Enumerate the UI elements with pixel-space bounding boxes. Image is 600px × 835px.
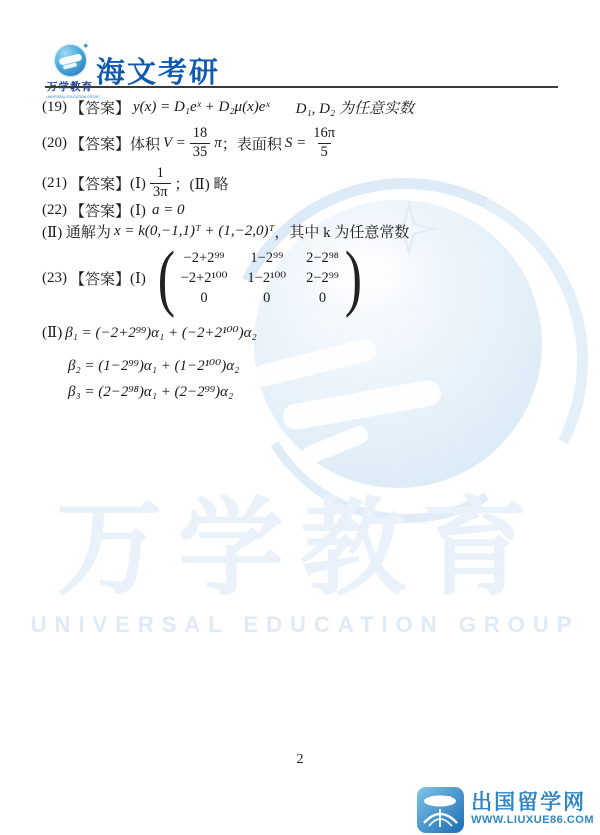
item-number: (20) <box>42 135 67 152</box>
company-logo: ✦ 万学教育 UNIVERSAL EDUCATION GROUP <box>42 44 98 99</box>
answer-line-19: (19) 【答案】 y(x) = D₁eˣ + D₂μ(x)eˣ D₁, D₂ … <box>42 97 414 118</box>
formula-beta1: β₁ = (−2+2⁹⁹)α₁ + (−2+2¹⁰⁰)α₂ <box>65 323 257 342</box>
answer-line-20: (20) 【答案】 体积 V = 18 35 π ； 表面积 S = 16π 5 <box>42 124 342 162</box>
answer-tag: 【答案】 <box>70 173 130 194</box>
fraction: 16π 5 <box>310 126 338 159</box>
formula-lhs: S = <box>285 135 306 152</box>
label-surface-area: 表面积 <box>237 133 282 154</box>
brand-title: 海文考研 <box>96 50 220 91</box>
fraction-numerator: 18 <box>190 126 211 142</box>
watermark-caption: UNIVERSAL EDUCATION GROUP <box>31 612 580 638</box>
item-number: (23) <box>42 270 67 287</box>
fraction: 1 3π <box>150 166 171 199</box>
matrix-cell: −2+2⁹⁹ <box>181 250 228 267</box>
fraction-denominator: 3π <box>150 183 171 200</box>
watermark-text: 万学教育 <box>56 496 544 602</box>
site-logo-icon <box>417 787 464 835</box>
fraction-numerator: 1 <box>154 166 167 182</box>
part-label: (Ⅰ) <box>130 201 146 220</box>
item-number: (22) <box>42 202 67 219</box>
site-badge: 出国留学网 WWW.LIUXUE86.COM <box>417 787 594 835</box>
matrix: ( −2+2⁹⁹ 1−2⁹⁹ 2−2⁹⁸ −2+2¹⁰⁰ 1−2¹⁰⁰ 2−2⁹… <box>154 247 366 310</box>
formula-pi: π <box>214 135 222 152</box>
matrix-open-paren: ( <box>158 247 175 310</box>
logo-company-caption: UNIVERSAL EDUCATION GROUP <box>46 94 94 98</box>
globe-icon: ✦ <box>54 44 87 77</box>
document-page: 万学教育 UNIVERSAL EDUCATION GROUP ✦ 万学教育 UN… <box>0 0 600 835</box>
answer-tag: 【答案】 <box>70 268 130 289</box>
answer-tag: 【答案】 <box>70 97 130 118</box>
star-icon: ✦ <box>82 42 90 51</box>
answer-line-21: (21) 【答案】 (Ⅰ) 1 3π ；(Ⅱ) 略 <box>42 164 228 202</box>
fraction: 18 35 <box>190 126 211 159</box>
answer-tag: 【答案】 <box>70 133 130 154</box>
formula-beta2: β₂ = (1−2⁹⁹)α₁ + (1−2¹⁰⁰)α₂ <box>68 356 239 375</box>
formula: y(x) = D₁eˣ + D₂μ(x)eˣ <box>133 99 270 116</box>
answer-line-22: (22) 【答案】 (Ⅰ) a = 0 <box>42 200 185 221</box>
answer-tag: 【答案】 <box>70 200 130 221</box>
formula-note: D₁, D₂ 为任意实数 <box>296 97 414 118</box>
part-label: (Ⅰ) <box>130 174 146 193</box>
site-url: WWW.LIUXUE86.COM <box>471 814 594 826</box>
matrix-cell: 1−2⁹⁹ <box>247 250 286 267</box>
fraction-numerator: 16π <box>310 126 338 142</box>
answer-line-23-beta1: (Ⅱ) β₁ = (−2+2⁹⁹)α₁ + (−2+2¹⁰⁰)α₂ <box>42 323 257 342</box>
matrix-close-paren: ) <box>345 247 362 310</box>
matrix-cell: 2−2⁹⁸ <box>306 250 339 267</box>
formula: x = k(0,−1,1)ᵀ + (1,−2,0)ᵀ <box>114 223 274 240</box>
part-label: (Ⅱ) <box>42 323 62 342</box>
matrix-cell: 0 <box>306 290 339 307</box>
matrix-grid: −2+2⁹⁹ 1−2⁹⁹ 2−2⁹⁸ −2+2¹⁰⁰ 1−2¹⁰⁰ 2−2⁹⁹ … <box>179 250 341 307</box>
separator: ； <box>222 133 237 154</box>
answer-line-23-beta3: β₃ = (2−2⁹⁸)α₁ + (2−2⁹⁹)α₂ <box>68 384 233 401</box>
answer-rest: ；(Ⅱ) 略 <box>175 173 229 194</box>
fraction-denominator: 5 <box>318 143 331 160</box>
page-number: 2 <box>0 752 600 768</box>
matrix-cell: 0 <box>247 290 286 307</box>
matrix-cell: 2−2⁹⁹ <box>306 270 339 287</box>
answer-line-23-beta2: β₂ = (1−2⁹⁹)α₁ + (1−2¹⁰⁰)α₂ <box>68 356 239 375</box>
matrix-cell: 1−2¹⁰⁰ <box>247 270 286 287</box>
item-number: (19) <box>42 99 67 116</box>
site-name: 出国留学网 <box>471 791 594 814</box>
formula-tail: ，其中 k 为任意常数 <box>274 221 409 242</box>
part-label: (Ⅱ) 通解为 <box>42 221 111 242</box>
formula-lhs: V = <box>163 135 186 152</box>
part-label: (Ⅰ) <box>130 269 146 288</box>
label-volume: 体积 <box>130 133 160 154</box>
formula-beta3: β₃ = (2−2⁹⁸)α₁ + (2−2⁹⁹)α₂ <box>68 384 233 401</box>
matrix-cell: 0 <box>181 290 228 307</box>
header-rule <box>45 86 558 88</box>
answer-line-23: (23) 【答案】 (Ⅰ) ( −2+2⁹⁹ 1−2⁹⁹ 2−2⁹⁸ −2+2¹… <box>42 247 366 310</box>
matrix-cell: −2+2¹⁰⁰ <box>181 270 228 287</box>
formula: a = 0 <box>152 202 185 219</box>
item-number: (21) <box>42 175 67 192</box>
fraction-denominator: 35 <box>190 143 211 160</box>
